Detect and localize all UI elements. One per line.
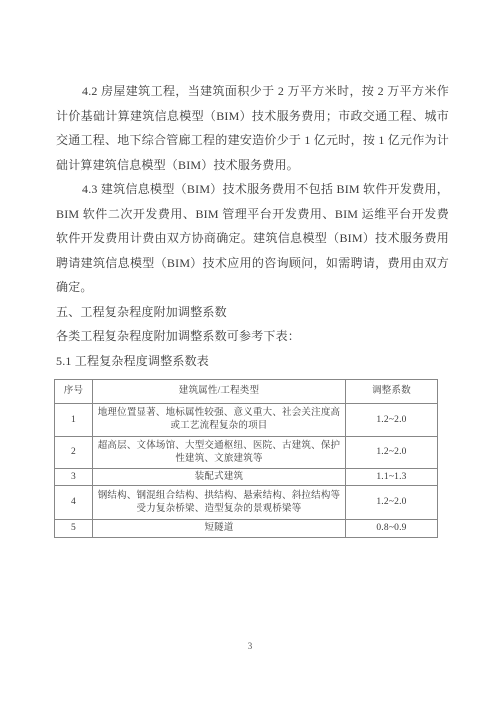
cell-type: 钢结构、钢混组合结构、拱结构、悬索结构、斜拉结构等受力复杂桥梁、造型复杂的景观桥… — [93, 486, 346, 520]
document-body: 4.2 房屋建筑工程，当建筑面积少于 2 万平方米时，按 2 万平方米作为 计价… — [56, 79, 449, 373]
cell-coefficient: 1.2~2.0 — [346, 437, 438, 469]
table-row: 5 短隧道 0.8~0.9 — [55, 520, 438, 538]
para-4-3-line: 软件开发费用计费由双方协商确定。建筑信息模型（BIM）技术服务费用不含 — [56, 226, 449, 251]
table-row: 2 超高层、文体场馆、大型交通枢纽、医院、古建筑、保护性建筑、文旅建筑等 1.2… — [55, 437, 438, 469]
page-number: 3 — [0, 641, 500, 651]
table-row: 4 钢结构、钢混组合结构、拱结构、悬索结构、斜拉结构等受力复杂桥梁、造型复杂的景… — [55, 486, 438, 520]
para-4-2-line: 计价基础计算建筑信息模型（BIM）技术服务费用；市政交通工程、城市轨道 — [56, 104, 449, 129]
para-4-2-line: 交通工程、地下综合管廊工程的建安造价少于 1 亿元时，按 1 亿元作为计价基 — [56, 128, 449, 153]
cell-coefficient: 0.8~0.9 — [346, 520, 438, 538]
cell-type: 装配式建筑 — [93, 469, 346, 486]
cell-index: 1 — [55, 404, 93, 437]
header-cell-index: 序号 — [55, 380, 93, 404]
cell-coefficient: 1.2~2.0 — [346, 404, 438, 437]
complexity-coefficient-table: 序号 建筑属性/工程类型 调整系数 1 地理位置显著、地标属性较强、意义重大、社… — [54, 379, 438, 538]
para-4-3-line: BIM 软件二次开发费用、BIM 管理平台开发费用、BIM 运维平台开发费用等。 — [56, 202, 449, 227]
table-row: 1 地理位置显著、地标属性较强、意义重大、社会关注度高或工艺流程复杂的项目 1.… — [55, 404, 438, 437]
cell-type: 短隧道 — [93, 520, 346, 538]
para-4-2-line: 础计算建筑信息模型（BIM）技术服务费用。 — [56, 153, 449, 178]
table-header-row: 序号 建筑属性/工程类型 调整系数 — [55, 380, 438, 404]
cell-coefficient: 1.2~2.0 — [346, 486, 438, 520]
table-caption: 5.1 工程复杂程度调整系数表 — [56, 349, 449, 374]
header-cell-type: 建筑属性/工程类型 — [93, 380, 346, 404]
table-row: 3 装配式建筑 1.1~1.3 — [55, 469, 438, 486]
header-cell-coefficient: 调整系数 — [346, 380, 438, 404]
para-4-3-line: 聘请建筑信息模型（BIM）技术应用的咨询顾问，如需聘请，费用由双方协商 — [56, 251, 449, 276]
cell-coefficient: 1.1~1.3 — [346, 469, 438, 486]
document-page: 4.2 房屋建筑工程，当建筑面积少于 2 万平方米时，按 2 万平方米作为 计价… — [0, 0, 500, 707]
section-5-intro: 各类工程复杂程度附加调整系数可参考下表： — [56, 324, 449, 349]
para-4-3-line: 确定。 — [56, 275, 449, 300]
para-4-2-line: 4.2 房屋建筑工程，当建筑面积少于 2 万平方米时，按 2 万平方米作为 — [56, 79, 449, 104]
para-4-3-line: 4.3 建筑信息模型（BIM）技术服务费用不包括 BIM 软件开发费用，例如 — [56, 177, 449, 202]
cell-index: 4 — [55, 486, 93, 520]
cell-type: 超高层、文体场馆、大型交通枢纽、医院、古建筑、保护性建筑、文旅建筑等 — [93, 437, 346, 469]
cell-index: 3 — [55, 469, 93, 486]
cell-type: 地理位置显著、地标属性较强、意义重大、社会关注度高或工艺流程复杂的项目 — [93, 404, 346, 437]
section-5-heading: 五、工程复杂程度附加调整系数 — [56, 300, 449, 325]
cell-index: 2 — [55, 437, 93, 469]
cell-index: 5 — [55, 520, 93, 538]
